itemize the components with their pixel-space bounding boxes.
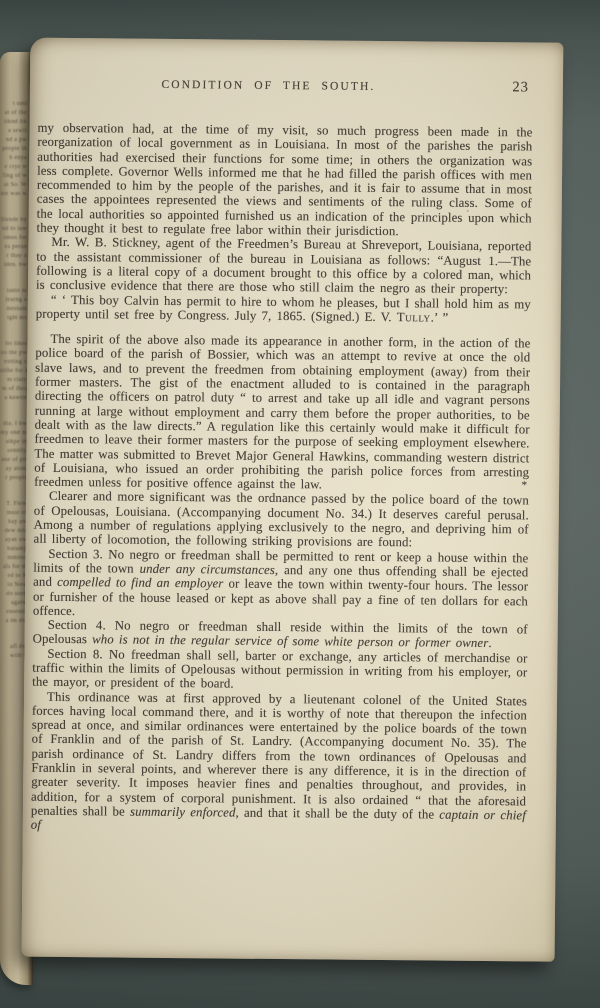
edge-fragment: a sewil — [0, 127, 33, 136]
book-page: CONDITION OF THE SOUTH. 23 my observatio… — [22, 38, 564, 962]
text-run: , and that it shall be the duty of the — [235, 806, 439, 822]
running-title: CONDITION OF THE SOUTH. — [38, 78, 533, 95]
page-header: CONDITION OF THE SOUTH. 23 — [38, 78, 533, 101]
edge-fragment: b enya — [0, 154, 33, 163]
paragraph: The spirit of the above also made its ap… — [34, 332, 530, 494]
text-run: Section 8. No freedman shall sell, barte… — [32, 646, 527, 690]
text-run: my observation had, at the time of my vi… — [36, 121, 532, 239]
edge-fragment: t uml — [0, 100, 33, 109]
footnote-asterisk: * — [506, 478, 527, 492]
paragraph: Clearer and more significant was the ord… — [34, 489, 530, 551]
edge-fragment: liknd lik — [0, 118, 33, 127]
italic-text: summarily enforced — [130, 805, 236, 820]
page-content: CONDITION OF THE SOUTH. 23 my observatio… — [31, 78, 533, 837]
edge-fragment: e crys w — [0, 163, 33, 172]
text-run: .’ ” — [431, 310, 449, 324]
italic-text: under any circumstances — [140, 562, 275, 577]
text-run: . — [488, 636, 491, 650]
body-text: my observation had, at the time of my vi… — [31, 121, 533, 837]
text-run: The spirit of the above also made its ap… — [34, 332, 530, 492]
text-run: Mr. W. B. Stickney, agent of the Freedme… — [36, 235, 532, 296]
text-run: “ ‘ This boy Calvin has permit to hire t… — [36, 292, 531, 324]
paragraph: Section 8. No freedman shall sell, barte… — [32, 646, 527, 694]
edge-fragment: nd a pw — [0, 136, 33, 145]
page-number: 23 — [512, 79, 529, 96]
book-scan: t umlat of theliknd lika sewilnd a pwpeo… — [0, 0, 600, 1008]
edge-fragment: at of the — [0, 109, 33, 118]
text-run: This ordinance was at first approved by … — [31, 689, 527, 818]
text-run: Clearer and more significant was the ord… — [34, 489, 530, 549]
edge-fragment: people th — [0, 145, 33, 154]
italic-text: compelled to find an employer — [57, 575, 223, 591]
paragraph: Section 3. No negro or freedman shall be… — [33, 546, 529, 622]
paragraph: This ordinance was at first approved by … — [31, 689, 527, 837]
smallcaps-name: Tully — [397, 310, 431, 324]
paragraph: my observation had, at the time of my vi… — [36, 121, 532, 240]
paragraph: Mr. W. B. Stickney, agent of the Freedme… — [36, 235, 532, 297]
paragraph: “ ‘ This boy Calvin has permit to hire t… — [36, 292, 531, 325]
